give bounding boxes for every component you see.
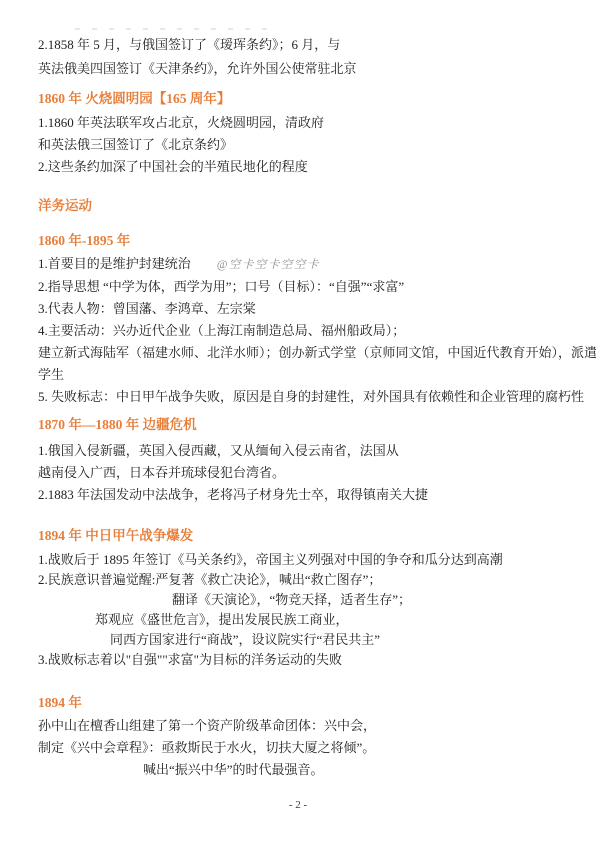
- text-line: 同西方国家进行“商战”，设议院实行“君民共主”: [38, 630, 576, 650]
- text-line: 喊出“振兴中华”的时代最强音。: [38, 759, 576, 781]
- page-content: 2.1858 年 5 月，与俄国签订了《瑷珲条约》；6 月，与 英法俄美四国签订…: [0, 0, 596, 781]
- text-line: 建立新式海陆军（福建水师、北洋水师）；创办新式学堂（京师同文馆，中国近代教育开始…: [38, 342, 576, 364]
- text-line: 学生: [38, 364, 576, 386]
- section-heading-1894-xingzhonghui: 1894 年: [38, 692, 576, 714]
- text-line: 4.主要活动：兴办近代企业（上海江南制造总局、福州船政局）；: [38, 320, 576, 342]
- text-line: 1.战败后于 1895 年签订《马关条约》，帝国主义列强对中国的争夺和瓜分达到高…: [38, 550, 576, 570]
- text-line: 郑观应《盛世危言》，提出发展民族工商业，: [38, 610, 576, 630]
- text-segment: 1.首要目的是维护封建统治: [38, 256, 191, 271]
- sino-japanese-war-paragraph: 1.战败后于 1895 年签订《马关条约》，帝国主义列强对中国的争夺和瓜分达到高…: [38, 550, 576, 670]
- burning-summer-palace-paragraph: 1.1860 年英法联军攻占北京，火烧圆明园，清政府 和英法俄三国签订了《北京条…: [38, 112, 576, 178]
- section-heading-border-crisis: 1870 年—1880 年 边疆危机: [38, 414, 576, 436]
- document-page: 2.1858 年 5 月，与俄国签订了《瑷珲条约》；6 月，与 英法俄美四国签订…: [0, 0, 596, 843]
- text-line: 英法俄美四国签订《天津条约》，允许外国公使常驻北京: [38, 57, 576, 81]
- intro-paragraph: 2.1858 年 5 月，与俄国签订了《瑷珲条约》；6 月，与 英法俄美四国签订…: [38, 33, 576, 81]
- section-heading-burning-summer-palace: 1860 年 火烧圆明园【165 周年】: [38, 88, 576, 110]
- watermark-text: @空卡空卡空空卡: [217, 259, 320, 271]
- text-line: 孙中山在檀香山组建了第一个资产阶级革命团体：兴中会，: [38, 715, 576, 737]
- text-line: 5. 失败标志：中日甲午战争失败，原因是自身的封建性，对外国具有依赖性和企业管理…: [38, 386, 576, 408]
- section-heading-self-strengthening-movement: 洋务运动: [38, 195, 576, 217]
- text-line: 1.俄国入侵新疆，英国入侵西藏，又从缅甸入侵云南省，法国从: [38, 440, 576, 462]
- text-line: 翻译《天演论》，“物竞天择，适者生存”；: [38, 590, 576, 610]
- text-line: 1.首要目的是维护封建统治@空卡空卡空空卡: [38, 253, 576, 276]
- section-heading-sino-japanese-war: 1894 年 中日甲午战争爆发: [38, 525, 576, 547]
- text-line: 3.代表人物：曾国藩、李鸿章、左宗棠: [38, 298, 576, 320]
- border-crisis-paragraph: 1.俄国入侵新疆，英国入侵西藏，又从缅甸入侵云南省，法国从 越南侵入广西，日本吞…: [38, 440, 576, 506]
- cropped-text-remnant: [75, 28, 270, 30]
- page-number: - 2 -: [0, 799, 596, 811]
- text-line: 2.这些条约加深了中国社会的半殖民地化的程度: [38, 156, 576, 178]
- self-strengthening-paragraph: 1.首要目的是维护封建统治@空卡空卡空空卡 2.指导思想 “中学为体，西学为用”…: [38, 253, 576, 408]
- text-line: 1.1860 年英法联军攻占北京，火烧圆明园，清政府: [38, 112, 576, 134]
- text-line: 2.1858 年 5 月，与俄国签订了《瑷珲条约》；6 月，与: [38, 33, 576, 57]
- text-line: 和英法俄三国签订了《北京条约》: [38, 134, 576, 156]
- text-line: 3.战败标志着以"自强""求富"为目标的洋务运动的失败: [38, 650, 576, 670]
- text-line: 越南侵入广西，日本吞并琉球侵犯台湾省。: [38, 462, 576, 484]
- text-line: 制定《兴中会章程》：亟救斯民于水火，切扶大厦之将倾”。: [38, 737, 576, 759]
- xingzhonghui-paragraph: 孙中山在檀香山组建了第一个资产阶级革命团体：兴中会， 制定《兴中会章程》：亟救斯…: [38, 715, 576, 781]
- section-heading-self-strengthening-period: 1860 年-1895 年: [38, 230, 576, 252]
- text-line: 2.民族意识普遍觉醒:严复著《救亡决论》，喊出“救亡图存”；: [38, 570, 576, 590]
- text-line: 2.1883 年法国发动中法战争，老将冯子材身先士卒，取得镇南关大捷: [38, 484, 576, 506]
- text-line: 2.指导思想 “中学为体，西学为用”；口号（目标）：“自强”“求富”: [38, 276, 576, 298]
